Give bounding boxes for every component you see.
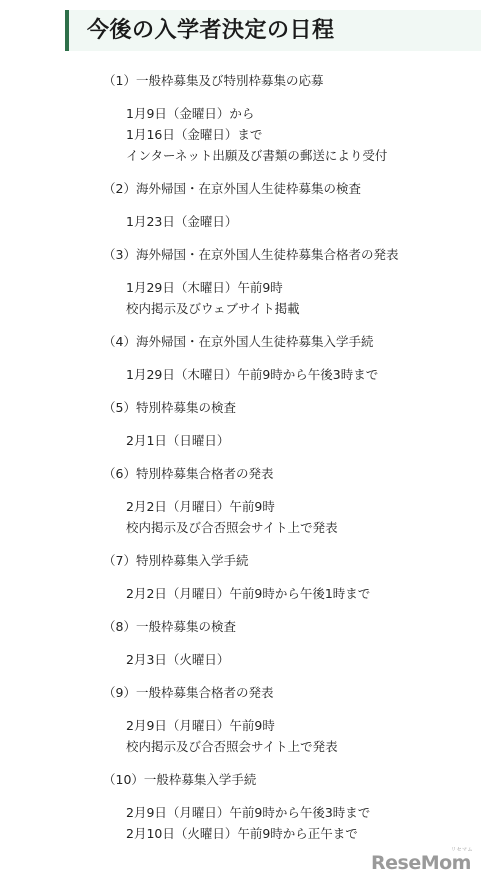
schedule-item-title: （8）一般枠募集の検査	[103, 616, 473, 637]
schedule-item-3: （3）海外帰国・在京外国人生徒枠募集合格者の発表 1月29日（木曜日）午前9時 …	[103, 244, 473, 319]
schedule-item-title: （2）海外帰国・在京外国人生徒枠募集の検査	[103, 178, 473, 199]
detail-line: 校内掲示及び合否照会サイト上で発表	[126, 517, 473, 538]
schedule-item-details: 1月29日（木曜日）午前9時 校内掲示及びウェブサイト掲載	[103, 277, 473, 319]
detail-line: 1月29日（木曜日）午前9時から午後3時まで	[126, 364, 473, 385]
schedule-item-details: 2月2日（月曜日）午前9時から午後1時まで	[103, 583, 473, 604]
schedule-item-1: （1）一般枠募集及び特別枠募集の応募 1月9日（金曜日）から 1月16日（金曜日…	[103, 70, 473, 166]
detail-line: 2月2日（月曜日）午前9時	[126, 496, 473, 517]
schedule-item-details: 1月23日（金曜日）	[103, 211, 473, 232]
detail-line: 1月29日（木曜日）午前9時	[126, 277, 473, 298]
schedule-item-8: （8）一般枠募集の検査 2月3日（火曜日）	[103, 616, 473, 670]
detail-line: 校内掲示及びウェブサイト掲載	[126, 298, 473, 319]
detail-line: インターネット出願及び書類の郵送により受付	[126, 145, 473, 166]
detail-line: 2月10日（火曜日）午前9時から正午まで	[126, 823, 473, 844]
resemom-watermark-logo: ReseMom リセマム	[371, 852, 471, 874]
schedule-item-title: （7）特別枠募集入学手続	[103, 550, 473, 571]
schedule-item-title: （3）海外帰国・在京外国人生徒枠募集合格者の発表	[103, 244, 473, 265]
schedule-item-title: （1）一般枠募集及び特別枠募集の応募	[103, 70, 473, 91]
schedule-item-5: （5）特別枠募集の検査 2月1日（日曜日）	[103, 397, 473, 451]
schedule-item-details: 1月29日（木曜日）午前9時から午後3時まで	[103, 364, 473, 385]
detail-line: 2月9日（月曜日）午前9時から午後3時まで	[126, 802, 473, 823]
page-heading-bar: 今後の入学者決定の日程	[65, 10, 481, 51]
schedule-item-title: （10）一般枠募集入学手続	[103, 769, 473, 790]
detail-line: 1月9日（金曜日）から	[126, 103, 473, 124]
detail-line: 2月1日（日曜日）	[126, 430, 473, 451]
schedule-item-details: 2月1日（日曜日）	[103, 430, 473, 451]
schedule-item-4: （4）海外帰国・在京外国人生徒枠募集入学手続 1月29日（木曜日）午前9時から午…	[103, 331, 473, 385]
detail-line: 1月23日（金曜日）	[126, 211, 473, 232]
page-title: 今後の入学者決定の日程	[87, 17, 335, 45]
schedule-item-details: 2月9日（月曜日）午前9時から午後3時まで 2月10日（火曜日）午前9時から正午…	[103, 802, 473, 844]
schedule-item-9: （9）一般枠募集合格者の発表 2月9日（月曜日）午前9時 校内掲示及び合否照会サ…	[103, 682, 473, 757]
schedule-item-details: 2月3日（火曜日）	[103, 649, 473, 670]
schedule-item-7: （7）特別枠募集入学手続 2月2日（月曜日）午前9時から午後1時まで	[103, 550, 473, 604]
schedule-item-details: 1月9日（金曜日）から 1月16日（金曜日）まで インターネット出願及び書類の郵…	[103, 103, 473, 166]
schedule-list: （1）一般枠募集及び特別枠募集の応募 1月9日（金曜日）から 1月16日（金曜日…	[103, 70, 473, 856]
schedule-item-10: （10）一般枠募集入学手続 2月9日（月曜日）午前9時から午後3時まで 2月10…	[103, 769, 473, 844]
detail-line: 2月2日（月曜日）午前9時から午後1時まで	[126, 583, 473, 604]
schedule-item-details: 2月2日（月曜日）午前9時 校内掲示及び合否照会サイト上で発表	[103, 496, 473, 538]
detail-line: 1月16日（金曜日）まで	[126, 124, 473, 145]
schedule-item-title: （4）海外帰国・在京外国人生徒枠募集入学手続	[103, 331, 473, 352]
schedule-item-6: （6）特別枠募集合格者の発表 2月2日（月曜日）午前9時 校内掲示及び合否照会サ…	[103, 463, 473, 538]
schedule-item-title: （9）一般枠募集合格者の発表	[103, 682, 473, 703]
watermark-text: ReseMom	[371, 852, 471, 874]
schedule-item-2: （2）海外帰国・在京外国人生徒枠募集の検査 1月23日（金曜日）	[103, 178, 473, 232]
schedule-item-title: （5）特別枠募集の検査	[103, 397, 473, 418]
detail-line: 2月3日（火曜日）	[126, 649, 473, 670]
watermark-kana: リセマム	[451, 846, 473, 853]
schedule-item-details: 2月9日（月曜日）午前9時 校内掲示及び合否照会サイト上で発表	[103, 715, 473, 757]
schedule-item-title: （6）特別枠募集合格者の発表	[103, 463, 473, 484]
detail-line: 校内掲示及び合否照会サイト上で発表	[126, 736, 473, 757]
detail-line: 2月9日（月曜日）午前9時	[126, 715, 473, 736]
